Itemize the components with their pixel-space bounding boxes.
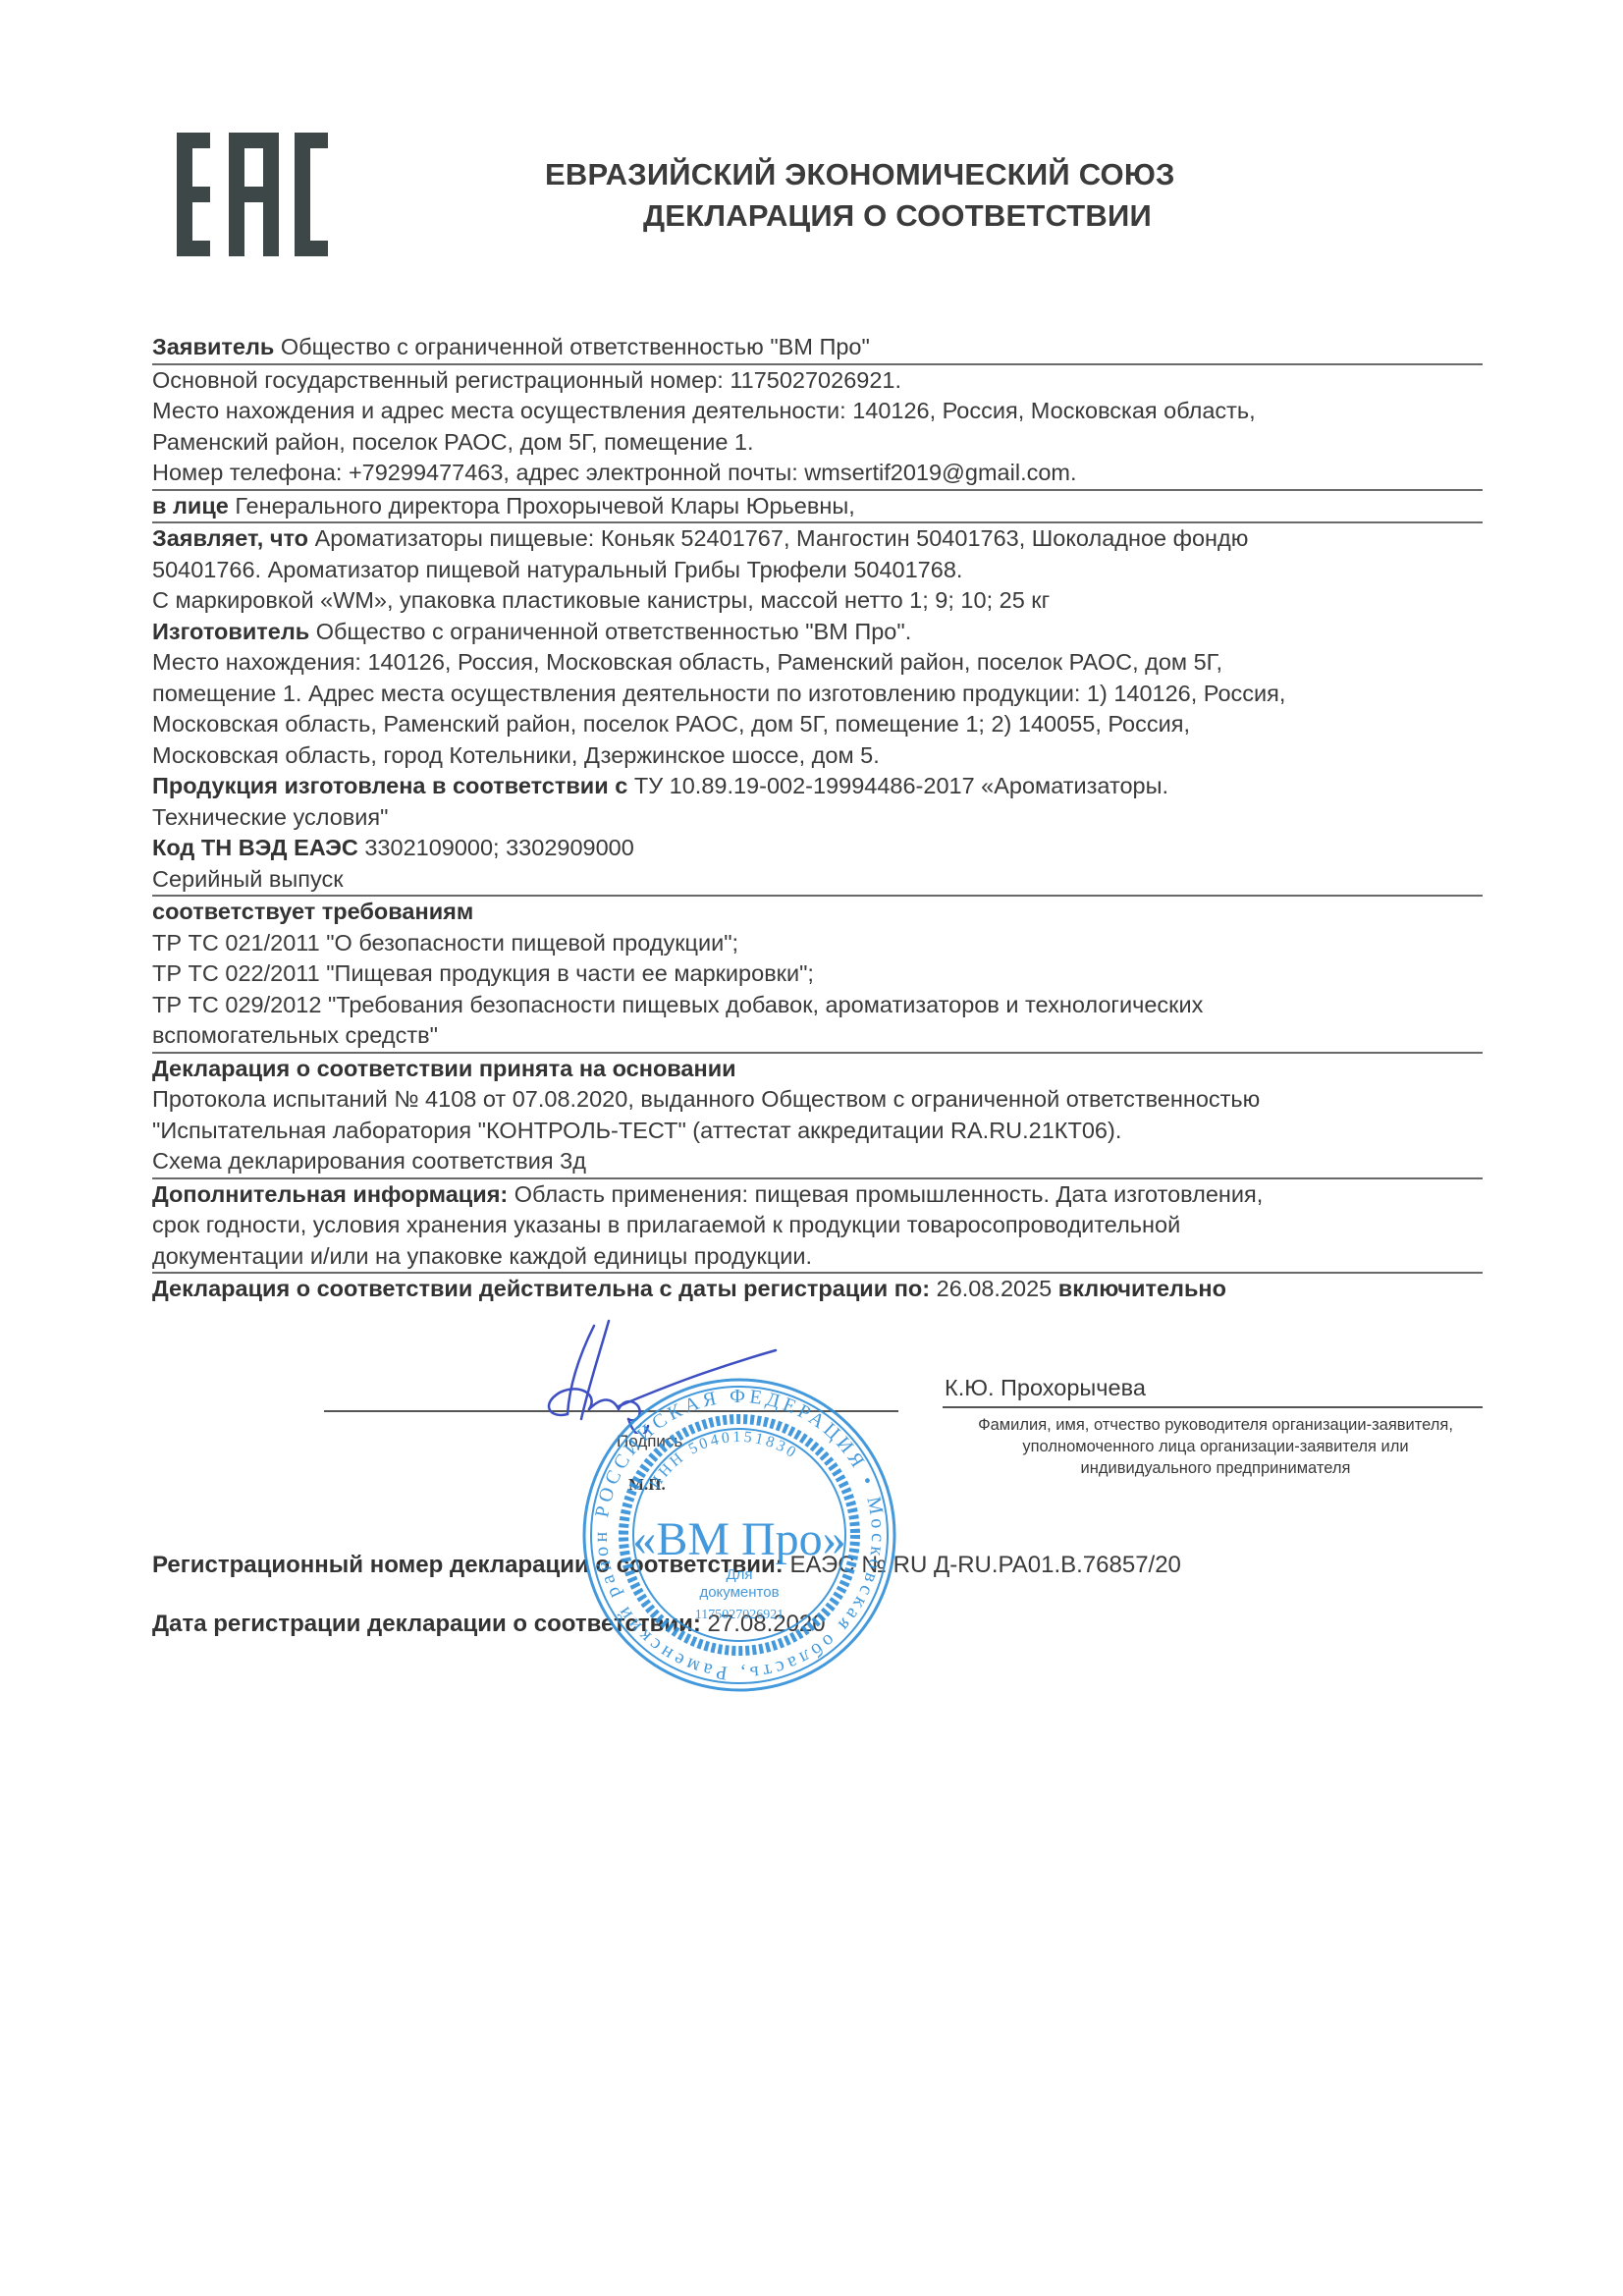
document-title: ДЕКЛАРАЦИЯ О СООТВЕТСТВИИ <box>643 198 1232 234</box>
tn-ved-value: 3302109000; 3302909000 <box>358 835 634 860</box>
manufacturer-address-3: Московская область, Раменский район, пос… <box>152 709 1483 740</box>
additional-line-2: срок годности, условия хранения указаны … <box>152 1210 1483 1241</box>
produced-per-value-2: Технические условия" <box>152 802 1483 834</box>
requirements-label: соответствует требованиям <box>152 897 1483 928</box>
caption-line: уполномоченного лица организации-заявите… <box>941 1436 1490 1457</box>
basis-label: Декларация о соответствии принята на осн… <box>152 1054 1483 1085</box>
declares-line-1: Ароматизаторы пищевые: Коньяк 52401767, … <box>308 525 1248 551</box>
produced-per-value: ТУ 10.89.19-002-19994486-2017 «Ароматиза… <box>627 773 1168 798</box>
requirement-item: ТР ТС 029/2012 "Требования безопасности … <box>152 990 1483 1021</box>
declaration-body: Заявитель Общество с ограниченной ответс… <box>152 332 1483 1305</box>
validity-row: Декларация о соответствии действительна … <box>152 1274 1483 1305</box>
requirement-item: ТР ТС 022/2011 "Пищевая продукция в част… <box>152 958 1483 990</box>
manufacturer-address-2: помещение 1. Адрес места осуществления д… <box>152 679 1483 710</box>
applicant-address-2: Раменский район, поселок РАОС, дом 5Г, п… <box>152 427 1483 459</box>
manufacturer-name: Общество с ограниченной ответственностью… <box>309 619 911 644</box>
seal-label: М.П. <box>628 1475 666 1495</box>
applicant-address-1: Место нахождения и адрес места осуществл… <box>152 396 1483 427</box>
registration-date-label: Дата регистрации декларации о соответств… <box>152 1611 701 1637</box>
represented-by: Генерального директора Прохорычевой Клар… <box>229 493 855 519</box>
applicant-contacts: Номер телефона: +79299477463, адрес элек… <box>152 458 1483 491</box>
registration-number-row: Регистрационный номер декларации о соотв… <box>152 1552 1181 1579</box>
caption-line: Фамилия, имя, отчество руководителя орга… <box>941 1414 1490 1436</box>
union-title: ЕВРАЗИЙСКИЙ ЭКОНОМИЧЕСКИЙ СОЮЗ <box>545 157 1232 192</box>
declares-line-2: 50401766. Ароматизатор пищевой натуральн… <box>152 555 1483 586</box>
caption-line: индивидуального предпринимателя <box>941 1457 1490 1479</box>
declares-label: Заявляет, что <box>152 525 308 551</box>
represented-row: в лице Генерального директора Прохорычев… <box>152 491 1483 524</box>
manufacturer-label: Изготовитель <box>152 619 309 644</box>
manufacturer-address-4: Московская область, город Котельники, Дз… <box>152 740 1483 772</box>
requirement-item: вспомогательных средств" <box>152 1020 1483 1054</box>
declaration-scheme: Схема декларирования соответствия 3д <box>152 1146 1483 1179</box>
document-header: ЕВРАЗИЙСКИЙ ЭКОНОМИЧЕСКИЙ СОЮЗ ДЕКЛАРАЦИ… <box>545 157 1232 234</box>
produced-per-label: Продукция изготовлена в соответствии с <box>152 773 627 798</box>
requirement-item: ТР ТС 021/2011 "О безопасности пищевой п… <box>152 928 1483 959</box>
release-type: Серийный выпуск <box>152 864 1483 898</box>
basis-line-2: "Испытательная лаборатория "КОНТРОЛЬ-ТЕС… <box>152 1116 1483 1147</box>
validity-date: 26.08.2025 <box>930 1276 1052 1301</box>
signature-label: Подпись <box>617 1432 682 1451</box>
represented-label: в лице <box>152 493 229 519</box>
additional-label: Дополнительная информация: <box>152 1181 508 1207</box>
declares-line-3: С маркировкой «WM», упаковка пластиковые… <box>152 585 1483 617</box>
handwritten-signature-icon <box>511 1316 805 1434</box>
additional-row: Дополнительная информация: Область приме… <box>152 1179 1483 1211</box>
validity-label: Декларация о соответствии действительна … <box>152 1276 930 1301</box>
applicant-label: Заявитель <box>152 334 274 359</box>
registration-number-label: Регистрационный номер декларации о соотв… <box>152 1552 784 1578</box>
tn-ved-label: Код ТН ВЭД ЕАЭС <box>152 835 358 860</box>
signer-name-line <box>943 1406 1483 1408</box>
registration-number-value: ЕАЭС № RU Д-RU.PA01.B.76857/20 <box>784 1552 1181 1578</box>
signer-caption: Фамилия, имя, отчество руководителя орга… <box>941 1414 1490 1479</box>
tn-ved-row: Код ТН ВЭД ЕАЭС 3302109000; 3302909000 <box>152 833 1483 864</box>
produced-per-row: Продукция изготовлена в соответствии с Т… <box>152 771 1483 802</box>
registration-date-row: Дата регистрации декларации о соответств… <box>152 1611 826 1638</box>
manufacturer-address-1: Место нахождения: 140126, Россия, Москов… <box>152 647 1483 679</box>
registration-date-value: 27.08.2020 <box>701 1611 826 1637</box>
declares-row: Заявляет, что Ароматизаторы пищевые: Кон… <box>152 523 1483 555</box>
validity-suffix: включительно <box>1052 1276 1226 1301</box>
manufacturer-row: Изготовитель Общество с ограниченной отв… <box>152 617 1483 648</box>
applicant-ogrn: Основной государственный регистрационный… <box>152 365 1483 397</box>
applicant-row: Заявитель Общество с ограниченной ответс… <box>152 332 1483 365</box>
signature-line <box>324 1410 898 1412</box>
svg-text:документов: документов <box>699 1584 779 1601</box>
applicant-name: Общество с ограниченной ответственностью… <box>274 334 869 359</box>
company-seal-icon: РОССИЙСКАЯ ФЕДЕРАЦИЯ • Московская област… <box>577 1373 901 1697</box>
additional-line-3: документации и/или на упаковке каждой ед… <box>152 1241 1483 1275</box>
eac-logo <box>175 133 328 256</box>
basis-line-1: Протокола испытаний № 4108 от 07.08.2020… <box>152 1084 1483 1116</box>
signer-name: К.Ю. Прохорычева <box>945 1375 1146 1401</box>
additional-line-1: Область применения: пищевая промышленнос… <box>508 1181 1263 1207</box>
